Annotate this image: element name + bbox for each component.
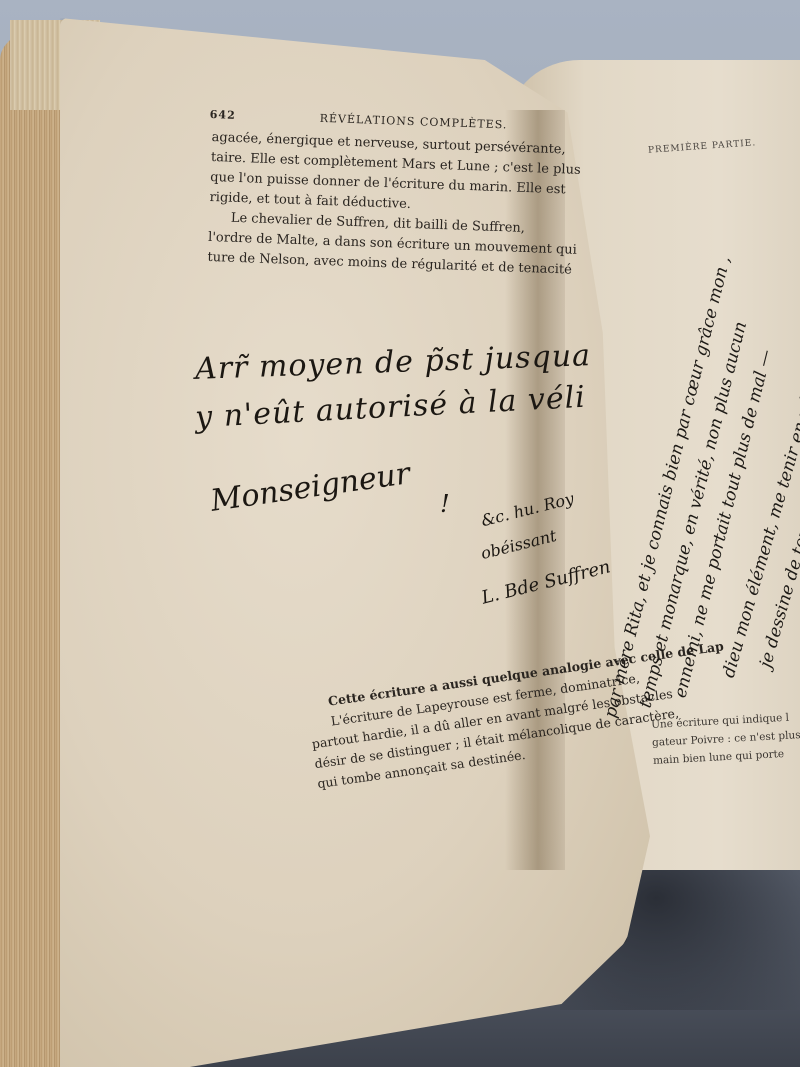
book-photo-scene: 642 RÉVÉLATIONS COMPLÈTES. agacée, énerg… <box>0 0 800 1067</box>
top-paragraph: agacée, énergique et nerveuse, surtout p… <box>207 128 582 281</box>
page-number: 642 <box>210 108 236 122</box>
right-page-caption: Une écriture qui indique l gateur Poivre… <box>651 708 800 770</box>
handwriting-exclamation: ! <box>440 490 450 518</box>
